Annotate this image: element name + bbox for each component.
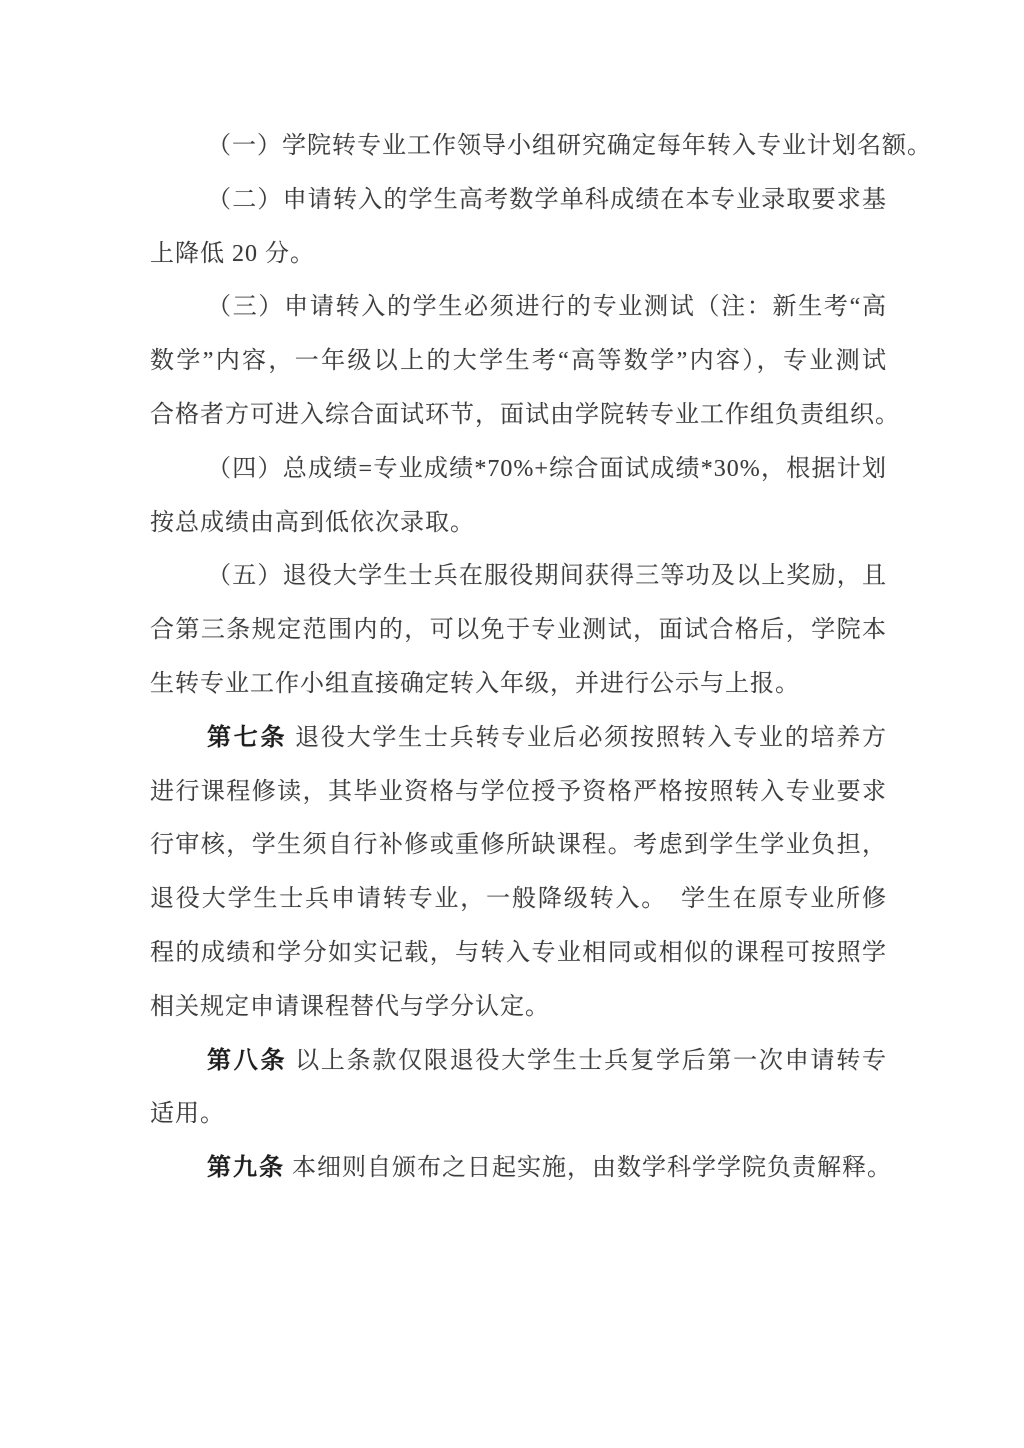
text-line: （一）学院转专业工作领导小组研究确定每年转入专业计划名额。 xyxy=(150,120,887,174)
text-line: 数学”内容，一年级以上的大学生考“高等数学”内容），专业测试 xyxy=(150,335,887,389)
text-line: 生转专业工作小组直接确定转入年级，并进行公示与上报。 xyxy=(150,658,887,712)
text-line: 上降低 20 分。 xyxy=(150,228,887,282)
text-line: 退役大学生士兵申请转专业，一般降级转入。 学生在原专业所修课 xyxy=(150,873,887,927)
paragraph-item-2: （二）申请转入的学生高考数学单科成绩在本专业录取要求基础上降低 20 分。 xyxy=(150,174,887,282)
paragraph-article-7: 第七条 退役大学生士兵转专业后必须按照转入专业的培养方案进行课程修读，其毕业资格… xyxy=(150,712,887,1035)
text-line: 进行课程修读，其毕业资格与学位授予资格严格按照转入专业要求进 xyxy=(150,766,887,820)
paragraph-article-8: 第八条 以上条款仅限退役大学生士兵复学后第一次申请转专业适用。 xyxy=(150,1035,887,1143)
text-line: 程的成绩和学分如实记载，与转入专业相同或相似的课程可按照学校 xyxy=(150,927,887,981)
article-number: 第八条 xyxy=(207,1048,287,1074)
text-line: 第九条 本细则自颁布之日起实施，由数学科学学院负责解释。 xyxy=(150,1142,887,1196)
article-number: 第七条 xyxy=(207,725,287,751)
document-content: （一）学院转专业工作领导小组研究确定每年转入专业计划名额。（二）申请转入的学生高… xyxy=(150,120,887,1196)
article-number: 第九条 xyxy=(207,1155,285,1181)
text-line: （五）退役大学生士兵在服役期间获得三等功及以上奖励，且符 xyxy=(150,550,887,604)
paragraph-item-4: （四）总成绩=专业成绩*70%+综合面试成绩*30%，根据计划名额按总成绩由高到… xyxy=(150,443,887,551)
paragraph-item-1: （一）学院转专业工作领导小组研究确定每年转入专业计划名额。 xyxy=(150,120,887,174)
text-line: 适用。 xyxy=(150,1088,887,1142)
text-line: 按总成绩由高到低依次录取。 xyxy=(150,497,887,551)
text-line: 第八条 以上条款仅限退役大学生士兵复学后第一次申请转专业 xyxy=(150,1035,887,1089)
text-line: 合第三条规定范围内的，可以免于专业测试，面试合格后，学院本科 xyxy=(150,604,887,658)
text-line: 行审核，学生须自行补修或重修所缺课程。考虑到学生学业负担，对 xyxy=(150,819,887,873)
text-line: 相关规定申请课程替代与学分认定。 xyxy=(150,981,887,1035)
paragraph-article-9: 第九条 本细则自颁布之日起实施，由数学科学学院负责解释。 xyxy=(150,1142,887,1196)
text-line: 第七条 退役大学生士兵转专业后必须按照转入专业的培养方案 xyxy=(150,712,887,766)
paragraph-item-3: （三）申请转入的学生必须进行的专业测试（注：新生考“高中数学”内容，一年级以上的… xyxy=(150,281,887,442)
document-page: （一）学院转专业工作领导小组研究确定每年转入专业计划名额。（二）申请转入的学生高… xyxy=(0,0,1024,1448)
text-line: （三）申请转入的学生必须进行的专业测试（注：新生考“高中 xyxy=(150,281,887,335)
paragraph-item-5: （五）退役大学生士兵在服役期间获得三等功及以上奖励，且符合第三条规定范围内的，可… xyxy=(150,550,887,711)
text-line: （二）申请转入的学生高考数学单科成绩在本专业录取要求基础 xyxy=(150,174,887,228)
text-line: 合格者方可进入综合面试环节，面试由学院转专业工作组负责组织。 xyxy=(150,389,887,443)
text-line: （四）总成绩=专业成绩*70%+综合面试成绩*30%，根据计划名额 xyxy=(150,443,887,497)
